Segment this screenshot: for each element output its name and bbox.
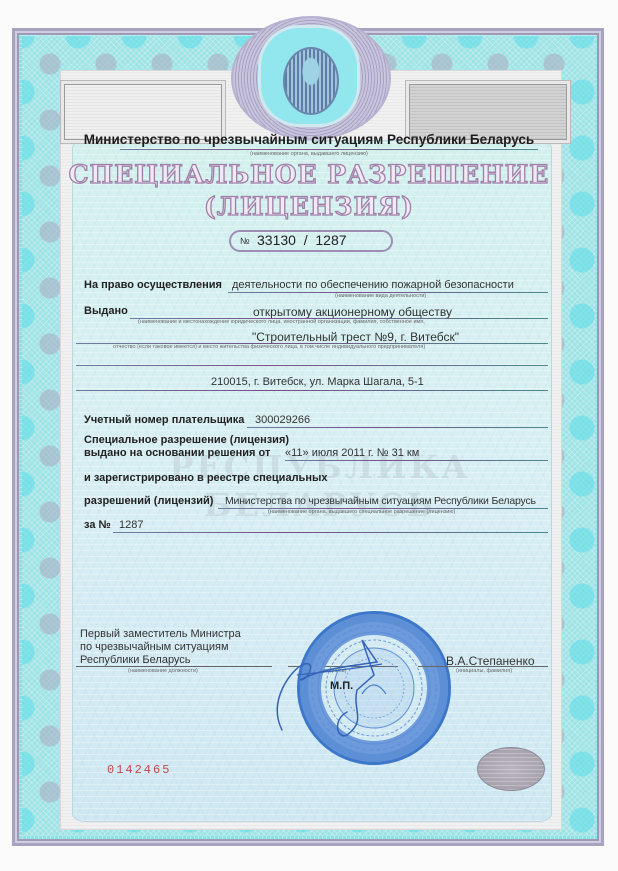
registered-label-2: разрешений (лицензий): [84, 495, 213, 507]
registered-hint: (наименование органа, выдавшего специаль…: [268, 509, 455, 515]
taxpayer-value: 300029266: [255, 414, 310, 426]
activity-label: На право осуществления: [84, 279, 222, 291]
position-line-2: по чрезвычайным ситуациям: [80, 641, 229, 653]
address-underline: [76, 390, 548, 391]
license-number: 33130 / 1287: [257, 232, 347, 248]
issued-hint-1: (наименование и местонахождение юридичес…: [138, 319, 425, 325]
basis-underline: [285, 460, 548, 461]
document-subtitle: (ЛИЦЕНЗИЯ): [0, 192, 618, 221]
position-line-3: Республики Беларусь: [80, 654, 191, 666]
issued-value-1: открытому акционерному обществу: [253, 305, 452, 319]
registered-value: Министерства по чрезвычайным ситуациям Р…: [225, 495, 536, 507]
reg-no-label: за №: [84, 519, 111, 531]
name-hint: (инициалы, фамилия): [456, 668, 512, 674]
basis-value: «11» июля 2011 г. № 31 км: [285, 447, 419, 459]
activity-hint: (наименование вида деятельности): [335, 293, 426, 299]
seal-label: М.П.: [330, 680, 353, 692]
activity-value: деятельности по обеспечению пожарной без…: [232, 279, 514, 291]
number-sign: №: [240, 236, 250, 246]
reg-no-value: 1287: [119, 519, 143, 531]
blank-underline: [76, 365, 548, 366]
taxpayer-label: Учетный номер плательщика: [84, 414, 244, 426]
issued-hint-2: отчество (если таковое имеется) и место …: [113, 344, 425, 350]
basis-label-1: Специальное разрешение (лицензия): [84, 434, 289, 446]
address: 210015, г. Витебск, ул. Марка Шагала, 5-…: [211, 376, 424, 388]
position-underline: [76, 666, 272, 667]
position-hint: (наименование должности): [128, 668, 198, 674]
taxpayer-underline: [247, 427, 548, 428]
issued-label: Выдано: [84, 305, 128, 317]
issued-value-2: "Строительный трест №9, г. Витебск": [252, 330, 459, 344]
position-line-1: Первый заместитель Министра: [80, 628, 241, 640]
issuer-hint: (наименование органа, выдавшего лицензию…: [0, 151, 618, 157]
issuer-name: Министерство по чрезвычайным ситуациям Р…: [0, 132, 618, 147]
issuer-underline: [120, 149, 538, 150]
hologram-icon: [477, 747, 545, 791]
registered-label-1: и зарегистрировано в реестре специальных: [84, 472, 327, 484]
document-title: СПЕЦИАЛЬНОЕ РАЗРЕШЕНИЕ: [0, 160, 618, 189]
reg-no-underline: [113, 532, 548, 533]
name-underline: [418, 666, 548, 667]
basis-label-2: выдано на основании решения от: [84, 447, 270, 459]
belarus-coat-of-arms-icon: [283, 47, 339, 115]
serial-number: 0142465: [107, 763, 171, 777]
